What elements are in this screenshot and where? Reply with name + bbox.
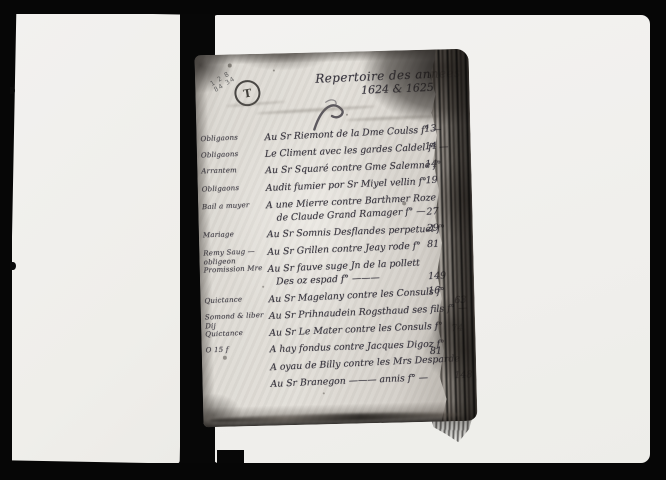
entry-category-line: Quictance xyxy=(205,328,267,339)
register-entries-list: Obligaons Au Sr Riemont de la Dme Coulss… xyxy=(200,125,472,395)
entry-category-line xyxy=(206,379,268,382)
entry-category: Quictance xyxy=(205,328,267,339)
entry-category-line xyxy=(206,362,268,365)
page-edge-nick xyxy=(10,87,15,94)
entry-category: Obligaons xyxy=(202,183,264,194)
entry-category: Arrantem xyxy=(201,165,263,176)
folio-number: 27 xyxy=(426,206,439,218)
folio-number: 19 xyxy=(425,175,438,186)
entry-category xyxy=(206,379,268,382)
entry-category xyxy=(206,362,268,365)
entry-category-line: Promission Mre xyxy=(203,264,265,275)
entry-category: Mariage xyxy=(203,229,265,240)
scan-frame-bottom xyxy=(0,463,666,480)
entry-category-line: Quictance xyxy=(204,294,266,305)
entry-category: O 15 f xyxy=(206,344,268,355)
folio-number: 29 xyxy=(427,223,439,234)
folio-number: 14 xyxy=(425,141,438,152)
folio-number: 74 xyxy=(451,323,464,334)
manuscript-page: 1 2 8 84 34 T Repertoire des annees 1624… xyxy=(194,49,477,428)
folio-number: 81 xyxy=(427,239,440,250)
entry-category-line: Obligaons xyxy=(202,183,264,194)
entry-category-line xyxy=(206,379,268,382)
folio-number: 13 xyxy=(424,123,437,135)
scanned-register-page: 1 2 8 84 34 T Repertoire des annees 1624… xyxy=(0,0,666,480)
folio-number: 149 xyxy=(428,270,447,282)
folio-number: 63 xyxy=(454,295,467,306)
entry-category-line: Obligaons xyxy=(201,149,263,160)
entry-category-line: Arrantem xyxy=(201,165,263,176)
bleedthrough-mark xyxy=(346,115,441,122)
entry-category: Promission Mre xyxy=(203,264,265,275)
entry-category-line: O 15 f xyxy=(206,344,268,355)
scan-frame-top xyxy=(0,0,666,14)
folio-number: 16 xyxy=(428,285,441,297)
ink-specks xyxy=(194,55,196,57)
pencil-annotation: 1 2 8 84 34 xyxy=(209,70,236,94)
scan-frame-right xyxy=(650,0,666,480)
entry-category: Bail a muyer xyxy=(202,200,264,211)
entry-category: Quictance xyxy=(204,294,266,305)
entry-category-line: Bail a muyer xyxy=(202,200,264,211)
entry-category-line xyxy=(206,362,268,365)
stamp-glyph: T xyxy=(242,87,252,99)
entry-category: Obligaons xyxy=(200,132,262,143)
scan-frame-left xyxy=(0,0,12,480)
folio-number: 148 xyxy=(454,369,473,381)
entry-category-line: Mariage xyxy=(203,229,265,240)
folio-number: 14 xyxy=(425,159,437,170)
blank-facing-page xyxy=(8,11,189,463)
entry-category: Obligaons xyxy=(201,149,263,160)
entry-category-line: Obligaons xyxy=(200,132,262,143)
page-edge-nick xyxy=(10,262,16,270)
page-title: Repertoire des annees 1624 & 1625 xyxy=(313,66,464,99)
